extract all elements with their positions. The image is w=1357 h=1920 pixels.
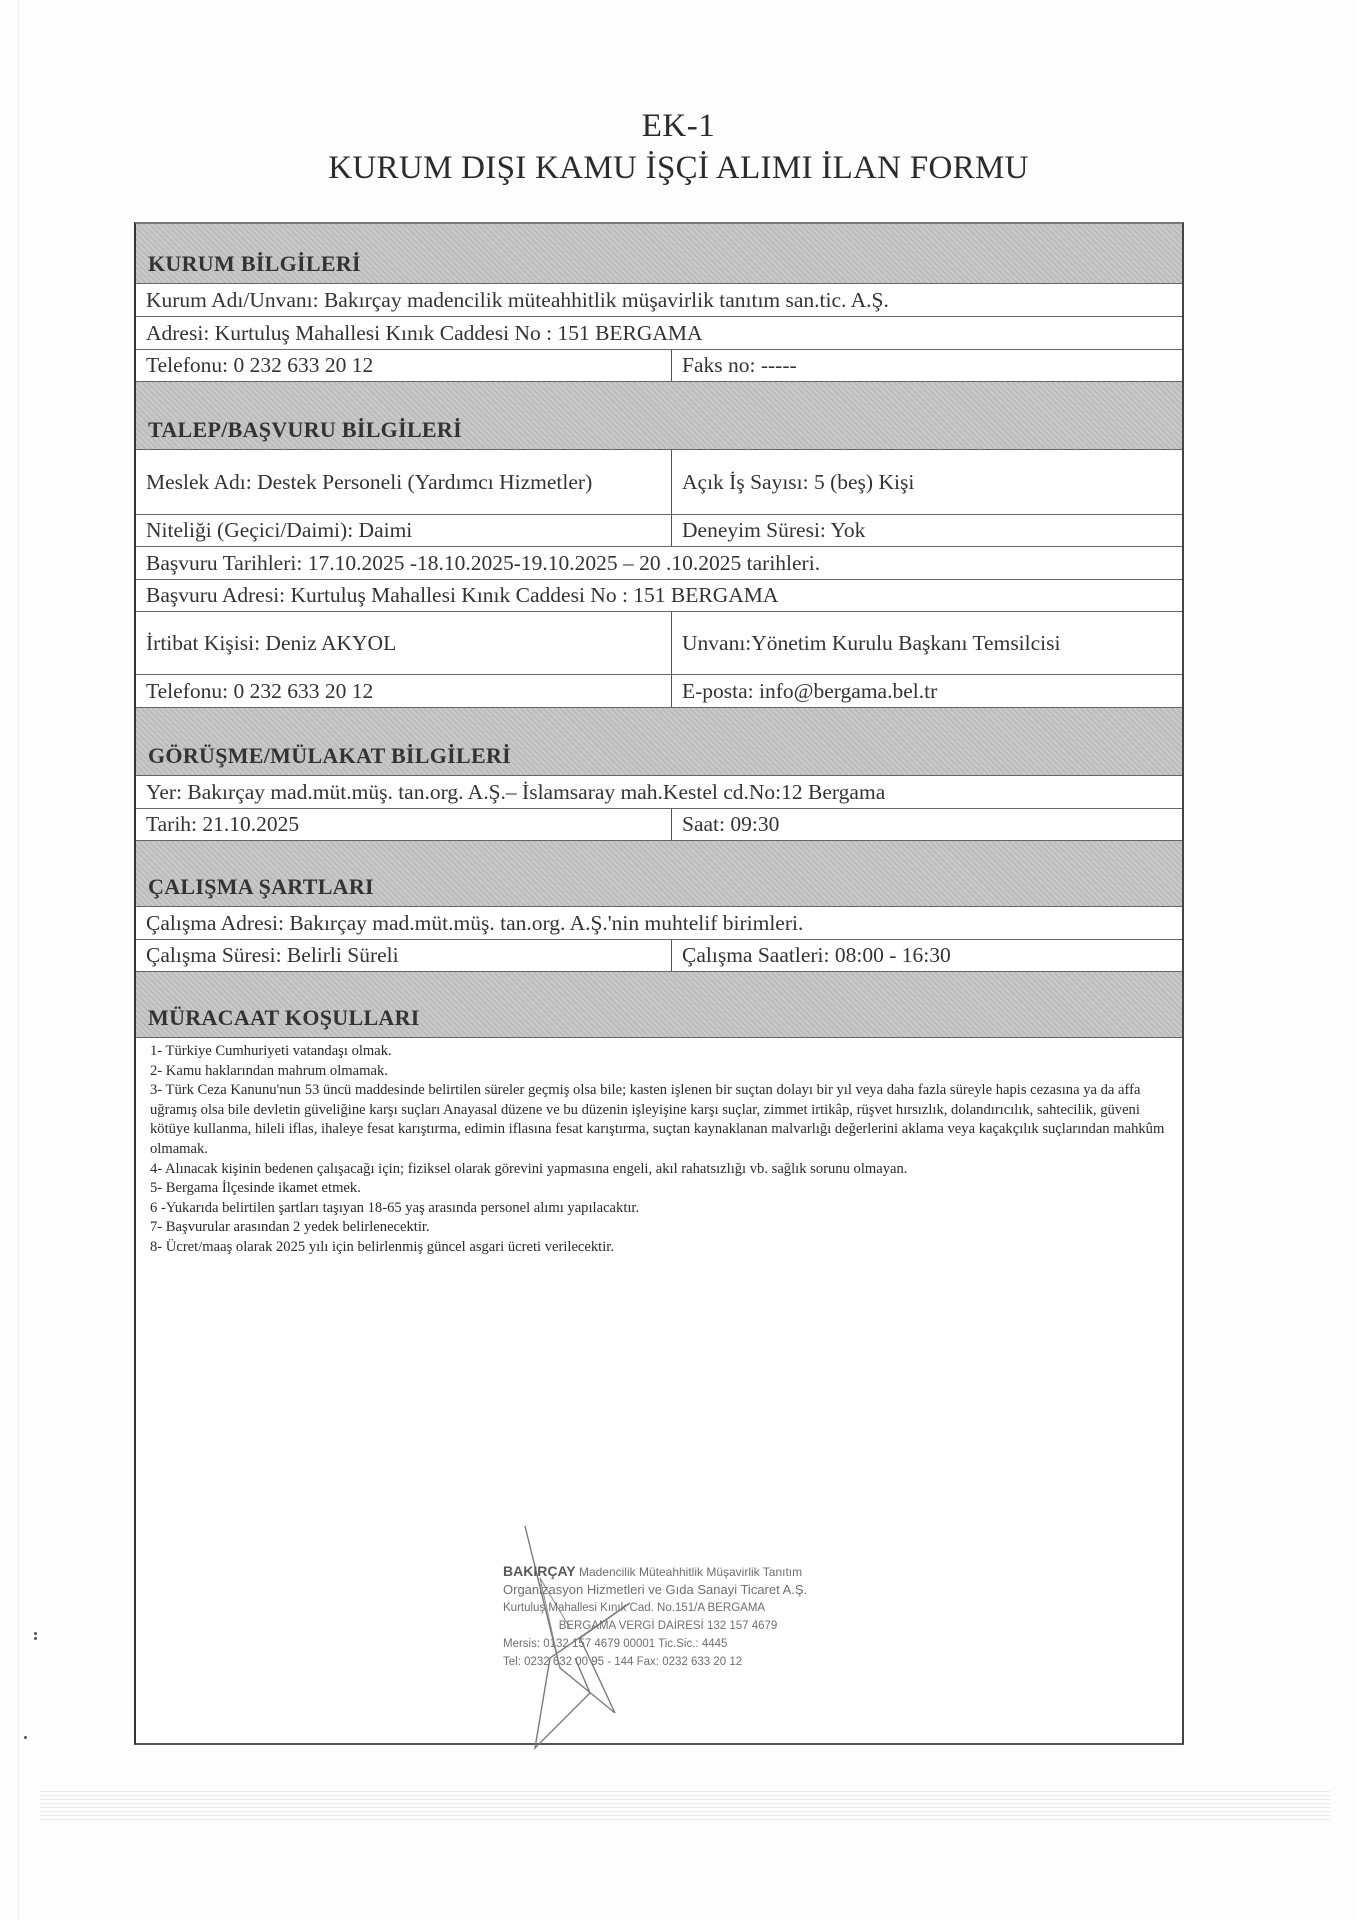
application-dates-row: Başvuru Tarihleri: 17.10.2025 -18.10.202… — [136, 547, 1182, 580]
institution-address-row: Adresi: Kurtuluş Mahallesi Kınık Caddesi… — [136, 317, 1182, 350]
interview-datetime-row: Tarih: 21.10.2025 Saat: 09:30 — [136, 809, 1182, 841]
section-header-application: TALEP/BAŞVURU BİLGİLERİ — [136, 382, 1182, 450]
scan-artifact — [40, 1790, 1330, 1820]
stamp-line: Mersis: 0132 157 4679 00001 Tic.Sic.: 44… — [503, 1635, 833, 1653]
stamp-line: BERGAMA VERGİ DAİRESİ 132 157 4679 — [503, 1617, 833, 1635]
section-header-label: KURUM BİLGİLERİ — [148, 251, 361, 277]
scan-speck — [24, 1736, 27, 1739]
requirement-item: 2- Kamu haklarından mahrum olmamak. — [150, 1062, 1170, 1082]
stamp-line: Madencilik Müteahhitlik Müşavirlik Tanıt… — [576, 1565, 803, 1579]
announcement-form: KURUM BİLGİLERİ Kurum Adı/Unvanı: Bakırç… — [134, 222, 1184, 1745]
section-header-label: GÖRÜŞME/MÜLAKAT BİLGİLERİ — [148, 743, 511, 769]
occupation-name: Meslek Adı: Destek Personeli (Yardımcı H… — [136, 450, 672, 514]
requirement-item: 8- Ücret/maaş olarak 2025 yılı için beli… — [150, 1238, 1170, 1258]
contact-person: İrtibat Kişisi: Deniz AKYOL — [136, 612, 672, 674]
work-duration: Çalışma Süresi: Belirli Süreli — [136, 940, 672, 971]
institution-address: Adresi: Kurtuluş Mahallesi Kınık Caddesi… — [136, 317, 1182, 349]
annex-label: EK-1 — [0, 108, 1357, 145]
section-header-working-conditions: ÇALIŞMA ŞARTLARI — [136, 841, 1182, 907]
requirement-item: 1- Türkiye Cumhuriyeti vatandaşı olmak. — [150, 1042, 1170, 1062]
interview-time: Saat: 09:30 — [672, 809, 1182, 840]
institution-name: Kurum Adı/Unvanı: Bakırçay madencilik mü… — [136, 284, 1182, 316]
requirement-item: 7- Başvurular arasından 2 yedek belirlen… — [150, 1218, 1170, 1238]
interview-date: Tarih: 21.10.2025 — [136, 809, 672, 840]
work-schedule-row: Çalışma Süresi: Belirli Süreli Çalışma S… — [136, 940, 1182, 972]
document-title: KURUM DIŞI KAMU İŞÇİ ALIMI İLAN FORMU — [0, 150, 1357, 187]
section-header-interview: GÖRÜŞME/MÜLAKAT BİLGİLERİ — [136, 708, 1182, 776]
requirement-item: 3- Türk Ceza Kanunu'nun 53 üncü maddesin… — [150, 1081, 1170, 1159]
open-positions: Açık İş Sayısı: 5 (beş) Kişi — [672, 450, 1182, 514]
position-nature: Niteliği (Geçici/Daimi): Daimi — [136, 515, 672, 546]
section-header-label: MÜRACAAT KOŞULLARI — [148, 1005, 420, 1031]
section-header-label: ÇALIŞMA ŞARTLARI — [148, 874, 374, 900]
requirements-list: 1- Türkiye Cumhuriyeti vatandaşı olmak. … — [150, 1042, 1170, 1258]
work-address: Çalışma Adresi: Bakırçay mad.müt.müş. ta… — [136, 907, 1182, 939]
stamp-line: Tel: 0232 632 00 95 - 144 Fax: 0232 633 … — [503, 1653, 833, 1671]
section-header-institution: KURUM BİLGİLERİ — [136, 224, 1182, 284]
experience-required: Deneyim Süresi: Yok — [672, 515, 1182, 546]
scan-speck — [34, 1637, 37, 1640]
interview-place: Yer: Bakırçay mad.müt.müş. tan.org. A.Ş.… — [136, 776, 1182, 808]
institution-contact-row: Telefonu: 0 232 633 20 12 Faks no: ----- — [136, 350, 1182, 382]
contact-person-row: İrtibat Kişisi: Deniz AKYOL Unvanı:Yönet… — [136, 612, 1182, 675]
application-address: Başvuru Adresi: Kurtuluş Mahallesi Kınık… — [136, 580, 1182, 611]
contact-info-row: Telefonu: 0 232 633 20 12 E-posta: info@… — [136, 675, 1182, 708]
section-header-label: TALEP/BAŞVURU BİLGİLERİ — [148, 417, 462, 443]
institution-phone: Telefonu: 0 232 633 20 12 — [136, 350, 672, 381]
contact-title: Unvanı:Yönetim Kurulu Başkanı Temsilcisi — [672, 612, 1182, 674]
nature-row: Niteliği (Geçici/Daimi): Daimi Deneyim S… — [136, 515, 1182, 547]
contact-email: E-posta: info@bergama.bel.tr — [672, 675, 1182, 707]
interview-place-row: Yer: Bakırçay mad.müt.müş. tan.org. A.Ş.… — [136, 776, 1182, 809]
contact-phone: Telefonu: 0 232 633 20 12 — [136, 675, 672, 707]
institution-fax: Faks no: ----- — [672, 350, 1182, 381]
stamp-line: Kurtuluş Mahallesi Kınık Cad. No.151/A B… — [503, 1599, 833, 1617]
work-hours: Çalışma Saatleri: 08:00 - 16:30 — [672, 940, 1182, 971]
application-address-row: Başvuru Adresi: Kurtuluş Mahallesi Kınık… — [136, 580, 1182, 612]
requirement-item: 4- Alınacak kişinin bedenen çalışacağı i… — [150, 1160, 1170, 1180]
requirement-item: 5- Bergama İlçesinde ikamet etmek. — [150, 1179, 1170, 1199]
stamp-line: Organizasyon Hizmetleri ve Gıda Sanayi T… — [503, 1581, 833, 1599]
occupation-row: Meslek Adı: Destek Personeli (Yardımcı H… — [136, 450, 1182, 515]
page-edge — [18, 0, 19, 1920]
stamp-brand: BAKIRÇAY — [503, 1563, 576, 1579]
institution-name-row: Kurum Adı/Unvanı: Bakırçay madencilik mü… — [136, 284, 1182, 317]
company-stamp: BAKIRÇAY Madencilik Müteahhitlik Müşavir… — [503, 1562, 833, 1671]
application-dates: Başvuru Tarihleri: 17.10.2025 -18.10.202… — [136, 547, 1182, 579]
work-address-row: Çalışma Adresi: Bakırçay mad.müt.müş. ta… — [136, 907, 1182, 940]
section-header-requirements: MÜRACAAT KOŞULLARI — [136, 972, 1182, 1038]
scan-speck — [34, 1632, 37, 1635]
requirement-item: 6 -Yukarıda belirtilen şartları taşıyan … — [150, 1199, 1170, 1219]
